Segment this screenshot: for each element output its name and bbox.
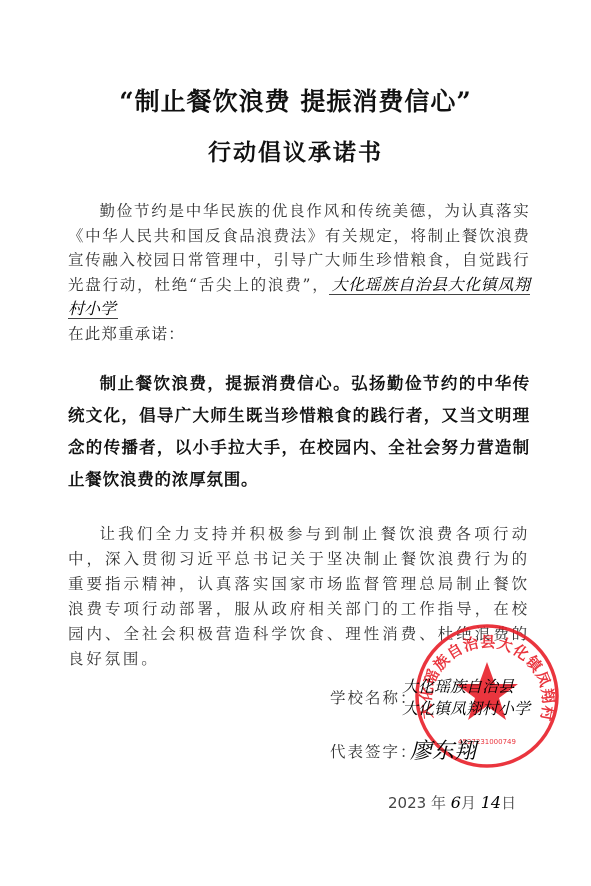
school-name-line1: 大化瑶族自治县	[402, 676, 572, 698]
pledge-text: 制止餐饮浪费，提振消费信心。弘扬勤俭节约的中华传统文化，倡导广大师生既当珍惜粮食…	[68, 374, 530, 489]
representative-label: 代表签字：	[330, 740, 418, 762]
date-year-unit: 年	[431, 794, 446, 812]
document-date: 2023 年 6月 14日	[388, 792, 516, 813]
school-name-signature: 大化瑶族自治县 大化镇凤翔村小学	[402, 676, 572, 720]
school-name-line2: 大化镇凤翔村小学	[402, 698, 572, 720]
date-day: 14	[481, 793, 501, 812]
document-page: “制止餐饮浪费 提振消费信心” 行动倡议承诺书 勤俭节约是中华民族的优良作风和传…	[0, 0, 591, 886]
date-day-unit: 日	[501, 794, 516, 812]
document-subtitle: 行动倡议承诺书	[0, 134, 591, 167]
date-month-unit: 月	[461, 794, 476, 812]
representative-signature: 廖东翔	[410, 734, 476, 765]
paragraph-pledge: 制止餐饮浪费，提振消费信心。弘扬勤俭节约的中华传统文化，倡导广大师生既当珍惜粮食…	[68, 368, 530, 496]
date-month: 6	[451, 793, 461, 812]
date-year: 2023	[388, 794, 426, 812]
paragraph-intro: 勤俭节约是中华民族的优良作风和传统美德，为认真落实《中华人民共和国反食品浪费法》…	[68, 199, 530, 346]
intro-pledge-text: 在此郑重承诺：	[68, 325, 185, 343]
document-title: “制止餐饮浪费 提振消费信心”	[0, 82, 591, 118]
